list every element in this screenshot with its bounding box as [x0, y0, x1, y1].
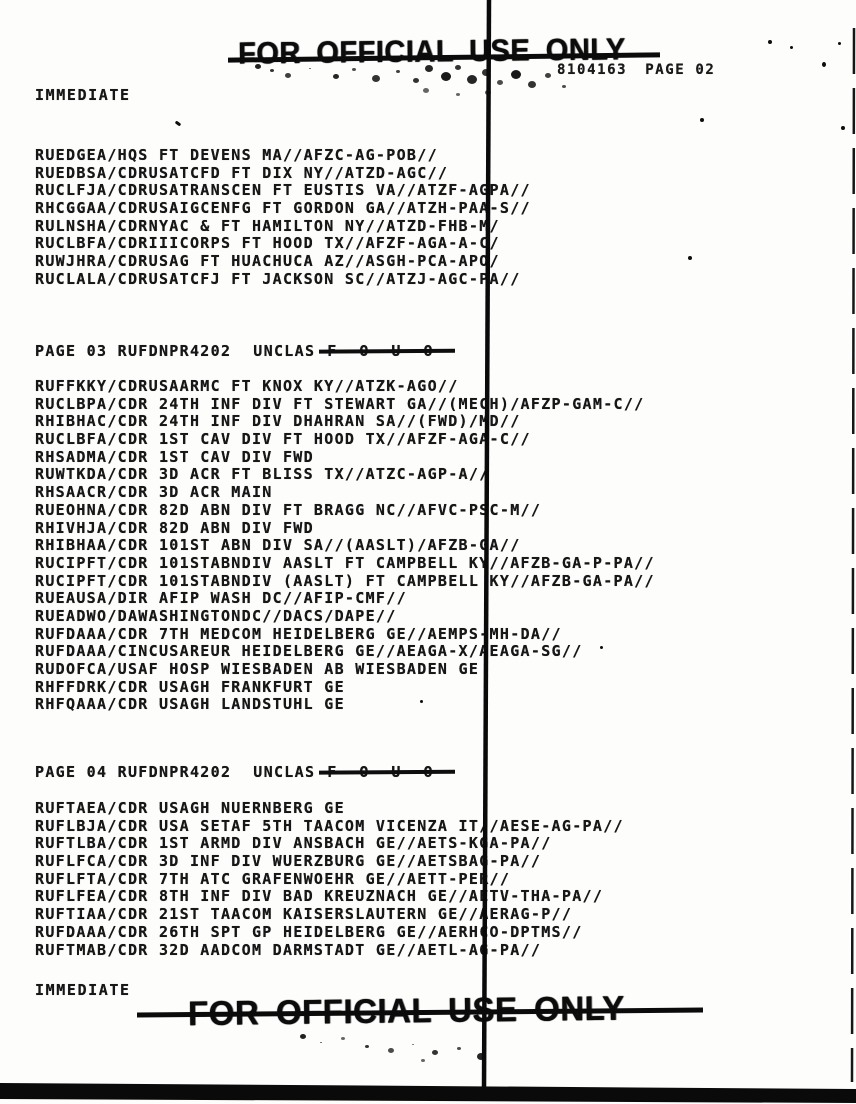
- address-line: RUFLFCA/CDR 3D INF DIV WUERZBURG GE//AET…: [35, 853, 624, 871]
- address-line: RUFLFTA/CDR 7TH ATC GRAFENWOEHR GE//AETT…: [35, 871, 624, 889]
- address-line: RULNSHA/CDRNYAC & FT HAMILTON NY//ATZD-F…: [35, 218, 531, 236]
- address-line: RUEADWO/DAWASHINGTONDC//DACS/DAPE//: [35, 608, 655, 626]
- address-line: RUCLALA/CDRUSATCFJ FT JACKSON SC//ATZJ-A…: [35, 271, 531, 289]
- page03-classification: UNCLAS: [253, 342, 315, 360]
- address-block-page02: RUEDGEA/HQS FT DEVENS MA//AFZC-AG-POB//R…: [35, 147, 531, 289]
- address-line: RUEDBSA/CDRUSATCFD FT DIX NY//ATZD-AGC//: [35, 165, 531, 183]
- address-line: RHIVHJA/CDR 82D ABN DIV FWD: [35, 520, 655, 538]
- ink-smudge-bottom: [300, 1034, 306, 1039]
- precedence-top: IMMEDIATE: [35, 86, 131, 104]
- right-edge-line: [852, 28, 854, 1082]
- address-line: RUWJHRA/CDRUSAG FT HUACHUCA AZ//ASGH-PCA…: [35, 253, 531, 271]
- toner-speck: [175, 121, 182, 127]
- toner-speck: [600, 646, 603, 649]
- address-line: RUFLFEA/CDR 8TH INF DIV BAD KREUZNACH GE…: [35, 888, 624, 906]
- address-line: RUFLBJA/CDR USA SETAF 5TH TAACOM VICENZA…: [35, 818, 624, 836]
- address-line: RUEOHNA/CDR 82D ABN DIV FT BRAGG NC//AFV…: [35, 502, 655, 520]
- address-line: RUFTAEA/CDR USAGH NUERNBERG GE: [35, 800, 624, 818]
- toner-speck: [841, 126, 845, 130]
- address-block-page03: RUFFKKY/CDRUSAARMC FT KNOX KY//ATZK-AGO/…: [35, 378, 655, 714]
- page04-header-label: PAGE 04 RUFDNPR4202: [35, 763, 231, 781]
- address-line: RUFTMAB/CDR 32D AADCOM DARMSTADT GE//AET…: [35, 942, 624, 960]
- page03-header-label: PAGE 03 RUFDNPR4202: [35, 342, 231, 360]
- bottom-scan-bar: [0, 1083, 856, 1103]
- address-line: RUFTLBA/CDR 1ST ARMD DIV ANSBACH GE//AET…: [35, 835, 624, 853]
- address-line: RUDOFCA/USAF HOSP WIESBADEN AB WIESBADEN…: [35, 661, 655, 679]
- toner-speck: [700, 118, 704, 122]
- address-line: RUCIPFT/CDR 101STABNDIV AASLT FT CAMPBEL…: [35, 555, 655, 573]
- serial-number: 8104163: [557, 62, 627, 78]
- toner-speck: [838, 42, 841, 45]
- address-line: RUFFKKY/CDRUSAARMC FT KNOX KY//ATZK-AGO/…: [35, 378, 655, 396]
- toner-speck: [768, 40, 772, 44]
- scanned-message-page: FOR OFFICIAL USE ONLY 8104163PAGE 02 IMM…: [0, 0, 856, 1104]
- address-line: RHFFDRK/CDR USAGH FRANKFURT GE: [35, 679, 655, 697]
- address-line: RHSAACR/CDR 3D ACR MAIN: [35, 484, 655, 502]
- toner-speck: [688, 256, 692, 260]
- page04-fouo-struck: F O U O: [327, 763, 439, 781]
- address-line: RHCGGAA/CDRUSAIGCENFG FT GORDON GA//ATZH…: [35, 200, 531, 218]
- precedence-bottom: IMMEDIATE: [35, 981, 131, 999]
- page03-fouo-struck: F O U O: [327, 342, 439, 360]
- toner-speck: [420, 700, 423, 703]
- toner-speck: [822, 62, 826, 67]
- address-line: RUCLFJA/CDRUSATRANSCEN FT EUSTIS VA//ATZ…: [35, 182, 531, 200]
- address-line: RUFDAAA/CDR 7TH MEDCOM HEIDELBERG GE//AE…: [35, 626, 655, 644]
- address-line: RUWTKDA/CDR 3D ACR FT BLISS TX//ATZC-AGP…: [35, 466, 655, 484]
- page04-header: PAGE 04 RUFDNPR4202UNCLASF O U O: [35, 763, 440, 781]
- page-number-label: PAGE 02: [645, 62, 715, 78]
- address-line: RUCLBPA/CDR 24TH INF DIV FT STEWART GA//…: [35, 396, 655, 414]
- address-line: RUFDAAA/CINCUSAREUR HEIDELBERG GE//AEAGA…: [35, 643, 655, 661]
- page-serial: 8104163PAGE 02: [557, 62, 715, 78]
- address-line: RHSADMA/CDR 1ST CAV DIV FWD: [35, 449, 655, 467]
- address-line: RUEAUSA/DIR AFIP WASH DC//AFIP-CMF//: [35, 590, 655, 608]
- address-line: RUCLBFA/CDR 1ST CAV DIV FT HOOD TX//AFZF…: [35, 431, 655, 449]
- address-block-page04: RUFTAEA/CDR USAGH NUERNBERG GERUFLBJA/CD…: [35, 800, 624, 959]
- ink-smudge-top: [255, 64, 261, 69]
- address-line: RUEDGEA/HQS FT DEVENS MA//AFZC-AG-POB//: [35, 147, 531, 165]
- toner-speck: [790, 46, 793, 49]
- address-line: RUFDAAA/CDR 26TH SPT GP HEIDELBERG GE//A…: [35, 924, 624, 942]
- address-line: RHIBHAC/CDR 24TH INF DIV DHAHRAN SA//(FW…: [35, 413, 655, 431]
- address-line: RUCLBFA/CDRIIICORPS FT HOOD TX//AFZF-AGA…: [35, 235, 531, 253]
- address-line: RUFTIAA/CDR 21ST TAACOM KAISERSLAUTERN G…: [35, 906, 624, 924]
- page03-header: PAGE 03 RUFDNPR4202UNCLASF O U O: [35, 342, 440, 360]
- address-line: RUCIPFT/CDR 101STABNDIV (AASLT) FT CAMPB…: [35, 573, 655, 591]
- address-line: RHFQAAA/CDR USAGH LANDSTUHL GE: [35, 696, 655, 714]
- page04-classification: UNCLAS: [253, 763, 315, 781]
- address-line: RHIBHAA/CDR 101ST ABN DIV SA//(AASLT)/AF…: [35, 537, 655, 555]
